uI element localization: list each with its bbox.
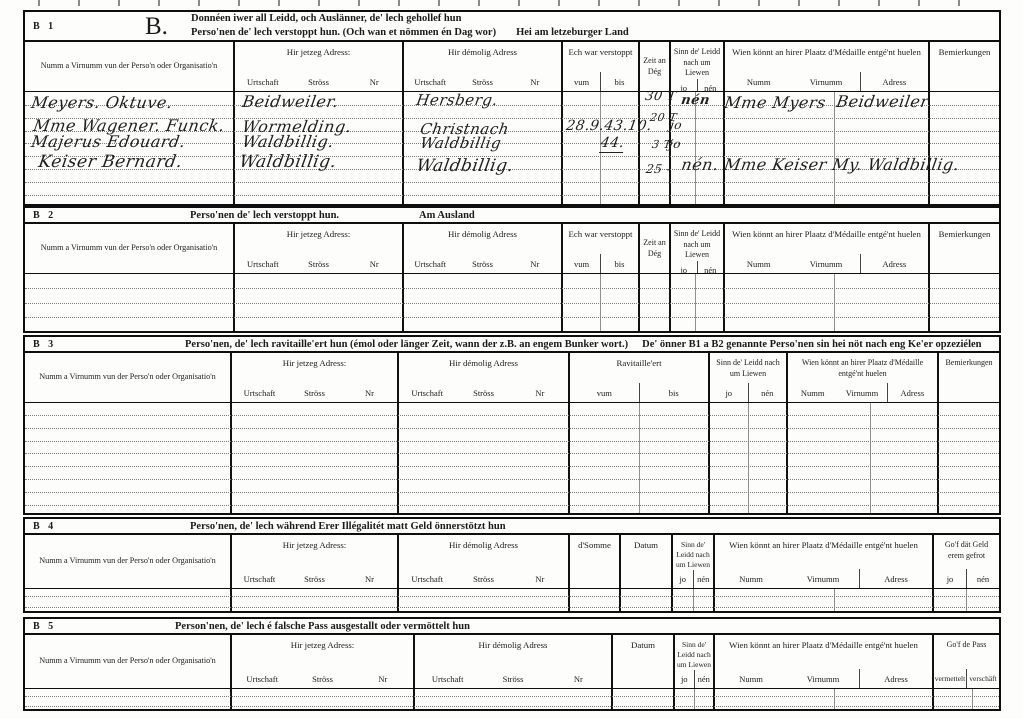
dotted-rule bbox=[25, 492, 999, 493]
col-header-demolig-adress: Hir démolig Adress Urtschaft Ströss Nr bbox=[415, 635, 613, 688]
col-header-sinn: Sinn de' Leidd nach um Liewen jo nén bbox=[673, 535, 715, 588]
sub-jo: jo bbox=[675, 670, 694, 688]
sub-jo: jo bbox=[671, 79, 697, 91]
sub-adress: Adress bbox=[860, 72, 928, 91]
sub-nr: Nr bbox=[346, 72, 402, 91]
sub-jo: jo bbox=[710, 383, 748, 402]
col-header-medaille: Wien könnt an hirer Plaatz d'Médaille en… bbox=[725, 42, 930, 91]
sub-adress: Adress bbox=[859, 569, 932, 588]
section-b2: B 2 Perso'nen de' lech verstoppt hun. Am… bbox=[23, 206, 1001, 333]
hw-entry3-bis: 44. bbox=[599, 135, 626, 153]
col-header-medaille: Wien könnt an hirer Plaatz d'Médaille en… bbox=[715, 635, 934, 688]
sub-vum: vum bbox=[563, 254, 600, 273]
sub-bis: bis bbox=[600, 72, 638, 91]
section-b3-title2: De' önner B1 a B2 genannte Perso'nen sin… bbox=[642, 339, 981, 350]
body-column bbox=[871, 403, 939, 513]
body-column bbox=[749, 403, 788, 513]
col-header-jetzeg-adress: Hir jetzeg Adress: Urtschaft Ströss Nr bbox=[232, 353, 399, 402]
sub-vum: vum bbox=[563, 72, 600, 91]
body-column bbox=[399, 403, 570, 513]
body-column bbox=[25, 403, 232, 513]
sub-nr: Nr bbox=[342, 569, 397, 588]
section-b1-title-row: B 1 B. Donnéen iwer all Leidd, och Auslä… bbox=[25, 12, 999, 42]
col-header-name: Numm a Virnumm vun der Perso'n oder Orga… bbox=[25, 353, 232, 402]
dotted-rule bbox=[25, 696, 999, 697]
dotted-rule bbox=[25, 607, 999, 608]
sub-urtschaft: Urtschaft bbox=[415, 669, 480, 688]
sub-adress: Adress bbox=[887, 383, 937, 402]
section-b3-body bbox=[25, 403, 999, 513]
section-b5-id: B 5 bbox=[25, 621, 175, 632]
dotted-rule bbox=[25, 428, 999, 429]
body-columns bbox=[25, 403, 999, 513]
sub-stross: Ströss bbox=[291, 72, 347, 91]
sub-bis: bis bbox=[600, 254, 638, 273]
sub-numm: Numm bbox=[788, 383, 837, 402]
dotted-rule bbox=[25, 195, 999, 196]
col-header-demolig-adress: Hir démolig Adress Urtschaft Ströss Nr bbox=[404, 42, 563, 91]
col-header-jetzeg-adress: Hir jetzeg Adress: Urtschaft Ströss Nr bbox=[232, 535, 399, 588]
scan-edge-ticks bbox=[38, 0, 990, 6]
col-header-bemierkungen: Bemierkungen bbox=[930, 42, 999, 91]
dotted-rule bbox=[25, 182, 999, 183]
hw-entry4-name: Keiser Bernard. bbox=[37, 152, 184, 172]
section-b1: B 1 B. Donnéen iwer all Leidd, och Auslä… bbox=[23, 10, 1001, 206]
sub-nen: nén bbox=[748, 383, 787, 402]
col-header-datum: Datum bbox=[621, 535, 673, 588]
dotted-rule bbox=[25, 466, 999, 467]
dotted-rule bbox=[25, 441, 999, 442]
section-b2-id: B 2 bbox=[25, 210, 190, 221]
col-header-verstoppt: Ech war verstoppt vum bis bbox=[563, 42, 640, 91]
sub-virnumm: Virnumm bbox=[792, 72, 859, 91]
col-header-medaille: Wien könnt an hirer Plaatz d'Médaille en… bbox=[715, 535, 934, 588]
col-header-medaille: Wien könnt an hirer Plaatz d'Médaille en… bbox=[725, 224, 930, 273]
section-b2-body bbox=[25, 274, 999, 331]
col-header-name: Numm a Virnumm vun der Perso'n oder Orga… bbox=[25, 535, 232, 588]
sub-urtschaft: Urtschaft bbox=[232, 669, 292, 688]
dotted-rule bbox=[25, 303, 999, 304]
sub-virnumm: Virnumm bbox=[787, 669, 859, 688]
col-header-verstoppt: Ech war verstoppt vum bis bbox=[563, 224, 640, 273]
hw-entry3-alive: jo bbox=[668, 137, 682, 151]
hw-entry2-vum-bis: 28.9.43.10. bbox=[565, 118, 653, 134]
hw-entry1-demolig: Hersberg. bbox=[415, 92, 499, 109]
sub-nr: Nr bbox=[342, 383, 397, 402]
sub-nr: Nr bbox=[512, 383, 568, 402]
sub-bis: bis bbox=[639, 383, 709, 402]
sub-urtschaft: Urtschaft bbox=[399, 383, 455, 402]
sub-nr: Nr bbox=[353, 669, 413, 688]
sub-numm: Numm bbox=[715, 669, 787, 688]
sub-urtschaft: Urtschaft bbox=[232, 569, 287, 588]
section-b5-title-row: B 5 Person'nen, de' lech é falsche Pass … bbox=[25, 619, 999, 635]
section-b1-titles: Donnéen iwer all Leidd, och Auslänner, d… bbox=[191, 12, 629, 39]
body-column bbox=[640, 403, 710, 513]
col-header-jetzeg-adress: Hir jetzeg Adress: Urtschaft Ströss Nr bbox=[235, 42, 404, 91]
section-b5-title: Person'nen, de' lech é falsche Pass ausg… bbox=[175, 621, 470, 632]
section-b4-title-row: B 4 Perso'nen, de' lech während Erer Ill… bbox=[25, 519, 999, 535]
section-b4-id: B 4 bbox=[25, 521, 190, 532]
hw-entry1-name: Meyers. Oktuve. bbox=[30, 93, 174, 112]
sub-urtschaft: Urtschaft bbox=[232, 383, 287, 402]
sub-nen: nén bbox=[693, 570, 714, 588]
col-header-sinn: Sinn de' Leidd nach um Liewen jo nén bbox=[671, 224, 725, 273]
section-b2-title-row: B 2 Perso'nen de' lech verstoppt hun. Am… bbox=[25, 208, 999, 224]
dotted-rule bbox=[25, 706, 999, 707]
hw-entry1-medal-numm: Mme Myers bbox=[723, 93, 827, 112]
section-b3: B 3 Perso'nen, de' lech ravitaille'ert h… bbox=[23, 335, 1001, 515]
dotted-rule bbox=[25, 596, 999, 597]
sub-urtschaft: Urtschaft bbox=[235, 72, 291, 91]
section-b4-body bbox=[25, 589, 999, 611]
col-header-zeit: Zeit an Dég bbox=[640, 224, 671, 273]
section-b5-body bbox=[25, 689, 999, 709]
section-b2-title: Perso'nen de' lech verstoppt hun. bbox=[190, 210, 339, 221]
sub-stross: Ströss bbox=[456, 72, 508, 91]
sub-nr: Nr bbox=[546, 669, 611, 688]
sub-stross: Ströss bbox=[287, 383, 342, 402]
col-header-bemierkungen: Bemierkungen bbox=[939, 353, 999, 402]
body-column bbox=[930, 92, 999, 204]
hw-entry3-jetzeg: Waldbillig. bbox=[241, 132, 336, 151]
section-b4-header: Numm a Virnumm vun der Perso'n oder Orga… bbox=[25, 535, 999, 589]
body-column bbox=[788, 403, 871, 513]
sub-nr: Nr bbox=[512, 569, 568, 588]
dotted-rule bbox=[25, 479, 999, 480]
section-b4: B 4 Perso'nen, de' lech während Erer Ill… bbox=[23, 517, 1001, 613]
hw-entry4-jetzeg: Waldbillig. bbox=[238, 152, 338, 172]
dotted-rule bbox=[25, 505, 999, 506]
section-b1-title-right: Hei am letzeburger Land bbox=[516, 26, 629, 40]
section-b1-id: B 1 bbox=[25, 21, 145, 32]
sub-urtschaft: Urtschaft bbox=[235, 254, 291, 273]
body-column bbox=[563, 92, 601, 204]
col-header-demolig-adress: Hir démolig Adress Urtschaft Ströss Nr bbox=[404, 224, 563, 273]
sub-nr: Nr bbox=[509, 72, 561, 91]
col-header-sinn: Sinn de' Leidd nach um Liewen jo nén bbox=[675, 635, 715, 688]
col-header-jetzeg-adress: Hir jetzeg Adress: Urtschaft Ströss Nr bbox=[232, 635, 415, 688]
body-column bbox=[232, 403, 399, 513]
section-b2-header: Numm a Virnumm vun der Perso'n oder Orga… bbox=[25, 224, 999, 274]
section-b3-id: B 3 bbox=[25, 339, 185, 350]
dotted-rule bbox=[25, 288, 999, 289]
col-header-medaille: Wien könnt an hirer Plaatz d'Médaille en… bbox=[788, 353, 939, 402]
section-b1-title-line2: Perso'nen de' lech verstoppt hun. (Och w… bbox=[191, 26, 496, 40]
sub-adress: Adress bbox=[859, 669, 932, 688]
sub-adress: Adress bbox=[860, 254, 928, 273]
hw-entry1-jetzeg: Beidweiler. bbox=[241, 92, 340, 111]
hw-entry1-alive: nén bbox=[680, 93, 711, 108]
col-header-somme: d'Somme bbox=[570, 535, 621, 588]
sub-verschaft: verschäft bbox=[966, 669, 999, 688]
sub-stross: Ströss bbox=[455, 383, 511, 402]
sub-numm: Numm bbox=[725, 254, 792, 273]
sub-stross: Ströss bbox=[292, 669, 352, 688]
sub-urtschaft: Urtschaft bbox=[404, 72, 456, 91]
dotted-rule bbox=[25, 453, 999, 454]
section-b1-body: Meyers. Oktuve. Beidweiler. Hersberg. 30… bbox=[25, 92, 999, 204]
sub-numm: Numm bbox=[725, 72, 792, 91]
col-header-sinn: Sinn de' Leidd nach um Liewen jo nén bbox=[671, 42, 725, 91]
sub-urtschaft: Urtschaft bbox=[404, 254, 456, 273]
sub-nen: nén bbox=[697, 261, 724, 273]
col-header-name: Numm a Virnumm vun der Perso'n oder Orga… bbox=[25, 224, 235, 273]
col-header-jetzeg-adress: Hir jetzeg Adress: Urtschaft Ströss Nr bbox=[235, 224, 404, 273]
sub-nen: nén bbox=[694, 670, 714, 688]
sub-stross: Ströss bbox=[456, 254, 508, 273]
section-b1-header: Numm a Virnumm vun der Perso'n oder Orga… bbox=[25, 42, 999, 92]
sub-nr: Nr bbox=[346, 254, 402, 273]
sub-virnumm: Virnumm bbox=[787, 569, 859, 588]
sub-stross: Ströss bbox=[480, 669, 545, 688]
col-header-name: Numm a Virnumm vun der Perso'n oder Orga… bbox=[25, 42, 235, 91]
dotted-rule bbox=[25, 317, 999, 318]
section-b3-header: Numm a Virnumm vun der Perso'n oder Orga… bbox=[25, 353, 999, 403]
hw-entry4-note: nén. Mme Keiser My. Waldbillig. bbox=[680, 155, 961, 174]
sub-jo: jo bbox=[673, 570, 693, 588]
hw-entry4-demolig: Waldbillig. bbox=[415, 156, 515, 176]
sub-virnumm: Virnumm bbox=[792, 254, 859, 273]
sub-jo: jo bbox=[671, 261, 697, 273]
col-header-demolig-adress: Hir démolig Adress Urtschaft Ströss Nr bbox=[399, 353, 570, 402]
sub-nen: nén bbox=[966, 569, 999, 588]
section-b3-title-row: B 3 Perso'nen, de' lech ravitaille'ert h… bbox=[25, 337, 999, 353]
body-column bbox=[696, 92, 725, 204]
col-header-bemierkungen: Bemierkungen bbox=[930, 224, 999, 273]
body-column bbox=[570, 403, 640, 513]
sub-numm: Numm bbox=[715, 569, 787, 588]
section-b5-header: Numm a Virnumm vun der Perso'n oder Orga… bbox=[25, 635, 999, 689]
section-b5: B 5 Person'nen, de' lech é falsche Pass … bbox=[23, 617, 1001, 711]
col-header-name: Numm a Virnumm vun der Perso'n oder Orga… bbox=[25, 635, 232, 688]
col-header-sinn: Sinn de' Leidd nach um Liewen jo nén bbox=[710, 353, 788, 402]
section-b2-title-right: Am Ausland bbox=[419, 210, 475, 221]
hw-entry1-medal-adress: Beidweiler bbox=[835, 92, 930, 111]
hw-entry3-name: Majerus Edouard. bbox=[30, 132, 187, 151]
sub-nr: Nr bbox=[509, 254, 561, 273]
col-header-zeit: Zeit an Dég bbox=[640, 42, 671, 91]
hw-entry2-alive: jo bbox=[669, 118, 683, 132]
section-b4-title: Perso'nen, de' lech während Erer Illégal… bbox=[190, 521, 506, 532]
body-column bbox=[939, 403, 999, 513]
sub-jo: jo bbox=[934, 569, 966, 588]
hw-entry1-deg: 30 T bbox=[644, 92, 678, 104]
col-header-gof-geld: Go'f dät Geld erem gefrot jo nén bbox=[934, 535, 999, 588]
section-b1-letter: B. bbox=[145, 14, 191, 39]
sub-vermettelt: vermettelt bbox=[934, 669, 966, 688]
sub-stross: Ströss bbox=[287, 569, 342, 588]
col-header-demolig-adress: Hir démolig Adress Urtschaft Ströss Nr bbox=[399, 535, 570, 588]
dotted-rule bbox=[25, 415, 999, 416]
sub-urtschaft: Urtschaft bbox=[399, 569, 455, 588]
section-b3-title: Perso'nen, de' lech ravitaille'ert hun (… bbox=[185, 339, 628, 350]
sub-stross: Ströss bbox=[291, 254, 347, 273]
sub-virnumm: Virnumm bbox=[837, 383, 886, 402]
sub-stross: Ströss bbox=[455, 569, 511, 588]
sub-vum: vum bbox=[570, 383, 639, 402]
col-header-datum: Datum bbox=[613, 635, 675, 688]
col-header-gof-pass: Go'f de Pass vermettelt verschäft bbox=[934, 635, 999, 688]
col-header-ravitailleert: Ravitaille'ert vum bis bbox=[570, 353, 710, 402]
sub-nen: nén bbox=[697, 79, 724, 91]
hw-entry3-demolig: Waldbillig bbox=[419, 134, 503, 152]
scanned-form-page: B 1 B. Donnéen iwer all Leidd, och Auslä… bbox=[0, 0, 1023, 719]
hw-entry4-deg: 25 - bbox=[645, 162, 672, 176]
section-b1-title-line1: Donnéen iwer all Leidd, och Auslänner, d… bbox=[191, 12, 629, 26]
body-column bbox=[710, 403, 749, 513]
